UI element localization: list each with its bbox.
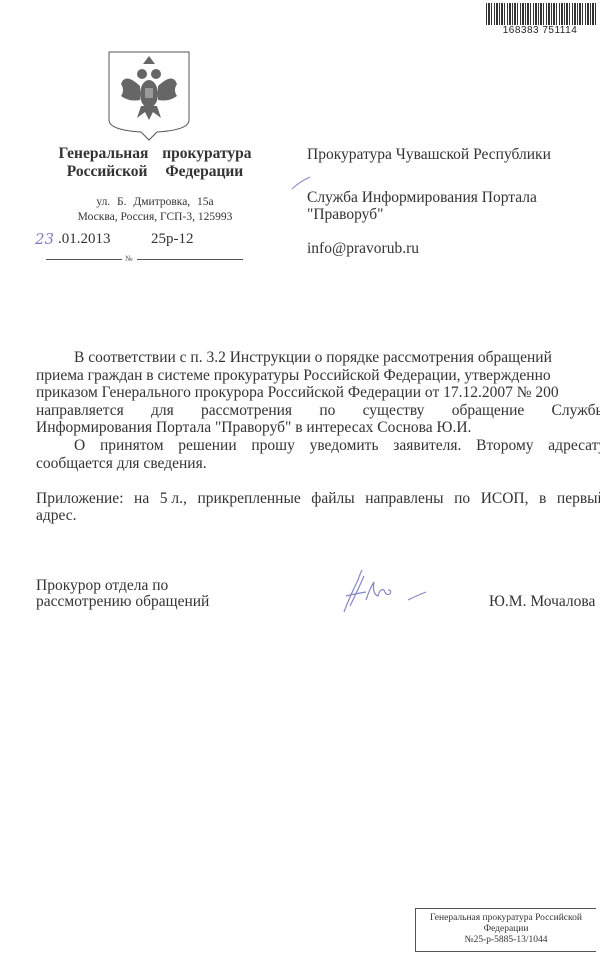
word: принятом — [100, 437, 164, 455]
body-line-justified: О принятом решении прошу уведомить заяви… — [36, 437, 600, 455]
org-line-1: Генеральная прокуратура — [40, 145, 270, 163]
word: существу — [363, 402, 425, 420]
signature-icon — [340, 566, 440, 616]
word: файлы — [311, 490, 354, 508]
attachment-line: адрес. — [36, 507, 600, 525]
org-line-2: Российской Федерации — [40, 163, 270, 181]
word: прошу — [251, 437, 294, 455]
number-sign: № — [125, 254, 133, 263]
sender-address: ул. Б. Дмитровка, 15а Москва, Россия, ГС… — [40, 195, 270, 225]
number-underline — [137, 259, 243, 260]
signatory-title: Прокурор отдела по рассмотрению обращени… — [36, 578, 209, 610]
barcode-icon — [486, 3, 596, 25]
word: Второму — [476, 437, 533, 455]
barcode: 168383 751114 — [482, 3, 598, 39]
signatory-title-line-2: рассмотрению обращений — [36, 594, 209, 610]
word: обращение — [452, 402, 525, 420]
recipient-2-line-2: "Праворуб" — [307, 206, 597, 223]
address-line-2: Москва, Россия, ГСП-3, 125993 — [40, 210, 270, 225]
registration-stamp: Генеральная прокуратура Российской Федер… — [415, 908, 596, 952]
word: решении — [178, 437, 236, 455]
handwritten-day: 23 — [35, 230, 54, 248]
word: адресату — [548, 437, 600, 455]
body-line: сообщается для сведения. — [36, 455, 600, 473]
recipient-email: info@pravorub.ru — [307, 240, 597, 257]
date-number-block: 23 .01.2013 25р-12 № — [33, 228, 253, 268]
word: по — [454, 490, 470, 508]
word: рассмотрения — [201, 402, 292, 420]
word: О — [74, 437, 85, 455]
address-line-1: ул. Б. Дмитровка, 15а — [40, 195, 270, 210]
sender-organization: Генеральная прокуратура Российской Федер… — [40, 145, 270, 181]
signatory-title-line-1: Прокурор отдела по — [36, 578, 209, 594]
body-line: В соответствии с п. 3.2 Инструкции о пор… — [36, 349, 600, 367]
word: уведомить — [310, 437, 379, 455]
signatory-name: Ю.М. Мочалова — [489, 593, 595, 611]
word: направляется — [36, 402, 124, 420]
outgoing-number: 25р-12 — [151, 231, 194, 248]
word: 5 л., — [160, 490, 187, 508]
attachment-line: Приложение: на 5 л., прикрепленные файлы… — [36, 490, 600, 508]
recipient-1: Прокуратура Чувашской Республики — [307, 146, 597, 163]
word: для — [151, 402, 174, 420]
date-underline — [46, 259, 122, 260]
word: Приложение: — [36, 490, 124, 508]
recipients: Прокуратура Чувашской Республики Служба … — [307, 146, 597, 257]
word: направлены — [365, 490, 443, 508]
word: в — [539, 490, 546, 508]
russian-coat-of-arms-icon — [107, 50, 191, 142]
body-line-justified: направляется для рассмотрения по существ… — [36, 402, 600, 420]
body-line: Информирования Портала "Праворуб" в инте… — [36, 419, 600, 437]
word: ИСОП, — [481, 490, 529, 508]
stamp-line-2: Федерации — [416, 924, 596, 935]
word: заявителя. — [393, 437, 461, 455]
date-month-year: .01.2013 — [58, 231, 111, 248]
recipient-2-line-1: Служба Информирования Портала — [307, 189, 597, 206]
body-line: приказом Генерального прокурора Российск… — [36, 384, 600, 402]
word: по — [319, 402, 335, 420]
barcode-number: 168383 751114 — [482, 25, 598, 37]
word: первый — [557, 490, 600, 508]
letter-body: В соответствии с п. 3.2 Инструкции о пор… — [36, 349, 600, 525]
stamp-registration-number: №25-р-5885-13/1044 — [416, 935, 596, 946]
stamp-line-1: Генеральная прокуратура Российской — [416, 913, 596, 924]
word: на — [134, 490, 149, 508]
word: Службы — [552, 402, 600, 420]
body-line: приема граждан в системе прокуратуры Рос… — [36, 367, 600, 385]
word: прикрепленные — [197, 490, 300, 508]
